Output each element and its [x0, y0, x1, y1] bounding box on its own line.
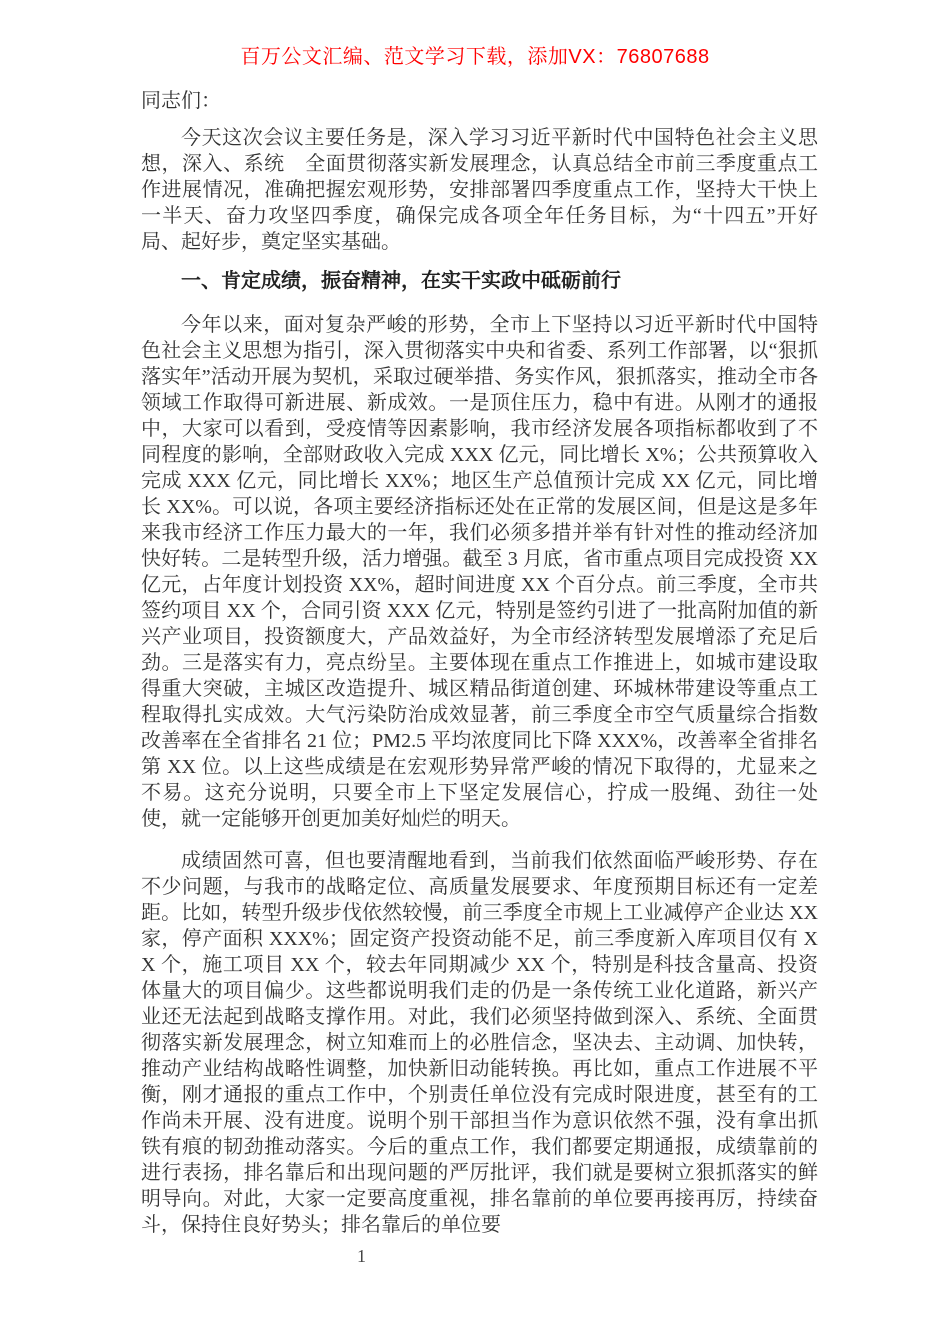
promo-banner-text: 百万公文汇编、范文学习下载，添加VX：76807688 [0, 44, 950, 70]
document-page: 百万公文汇编、范文学习下载，添加VX：76807688 同志们： 今天这次会议主… [0, 0, 950, 1344]
page-number: 1 [357, 1247, 366, 1265]
section-1-heading: 一、肯定成绩，振奋精神，在实干实政中砥砺前行 [141, 268, 818, 294]
section-1-problems-paragraph: 成绩固然可喜，但也要清醒地看到，当前我们依然面临严峻形势、存在不少问题，与我市的… [141, 848, 818, 1238]
section-1-achievements-paragraph: 今年以来，面对复杂严峻的形势，全市上下坚持以习近平新时代中国特色社会主义思想为指… [141, 312, 818, 832]
salutation: 同志们： [141, 88, 818, 114]
intro-paragraph: 今天这次会议主要任务是，深入学习习近平新时代中国特色社会主义思想，深入、系统 全… [141, 125, 818, 255]
